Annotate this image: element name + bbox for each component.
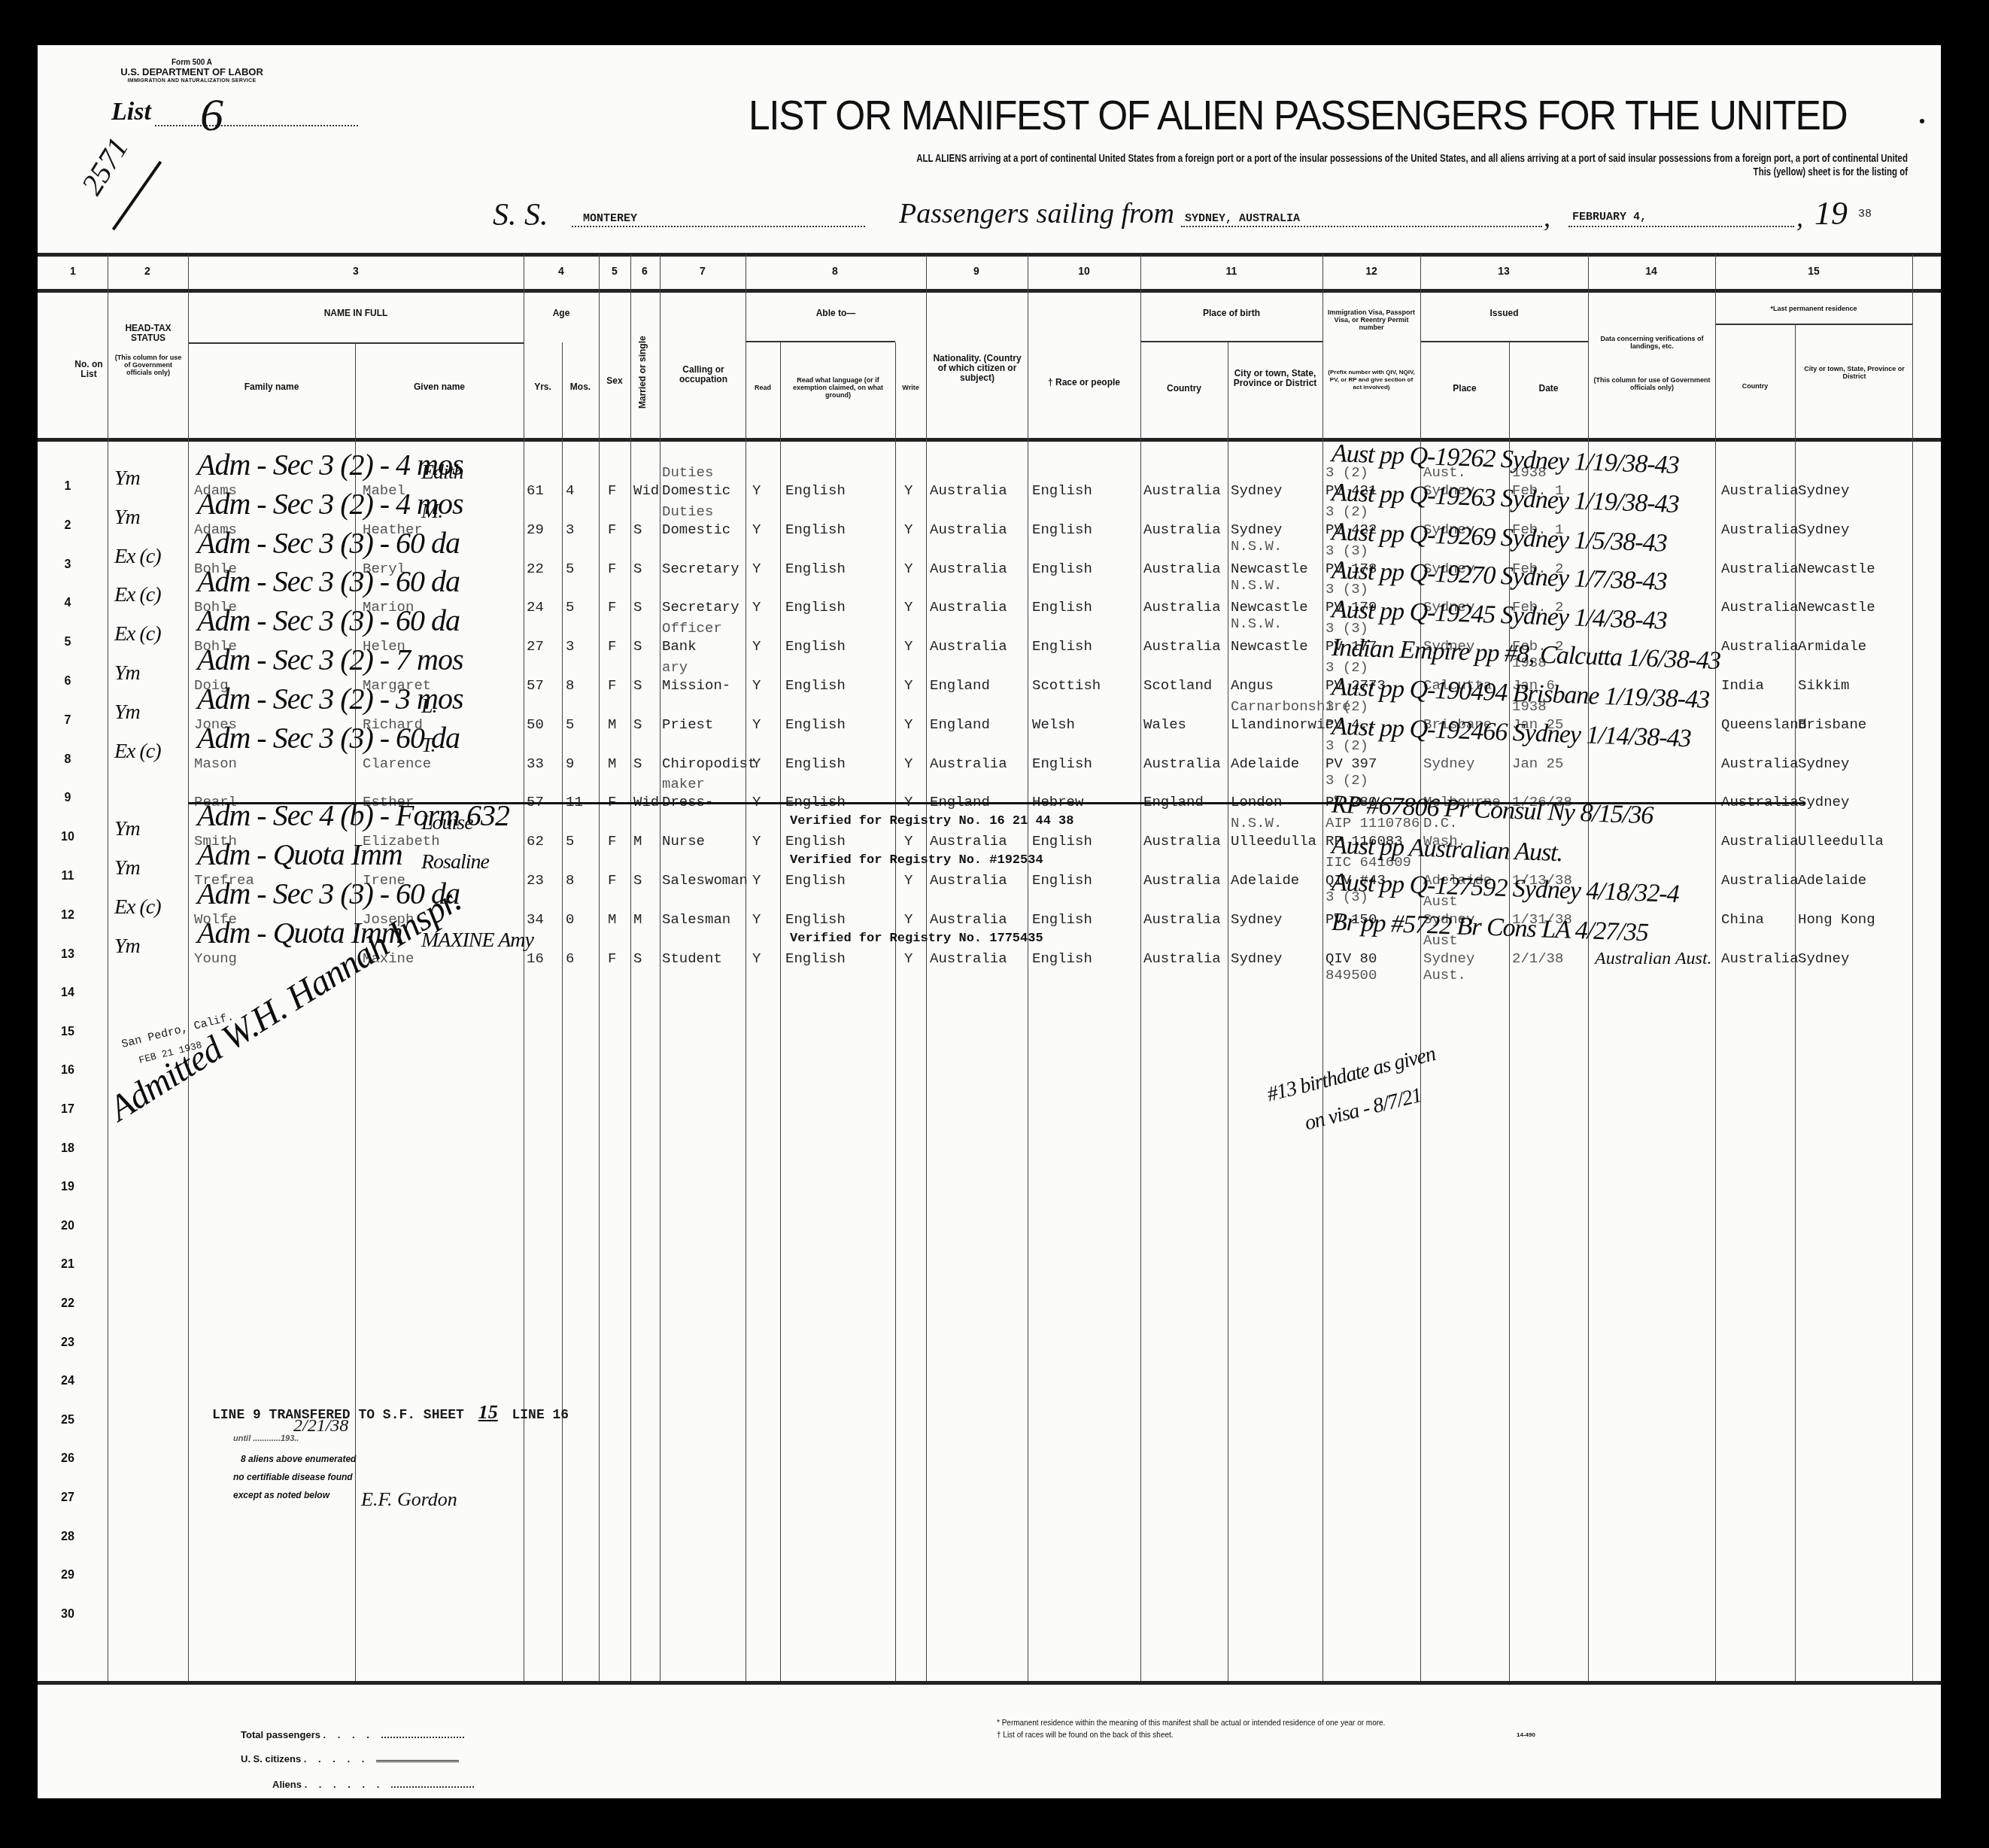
age-months: 8 <box>566 678 574 693</box>
head-tax-status: Ex (c) <box>114 622 161 646</box>
medical-line3: except as noted below <box>233 1490 329 1500</box>
row-number: 13 <box>45 948 90 962</box>
marital-status: S <box>633 600 642 615</box>
col-rule <box>745 254 746 1681</box>
age-years: 62 <box>527 834 544 849</box>
registry-verification-note: Verified for Registry No. #192534 <box>790 853 1043 868</box>
row-number: 23 <box>45 1336 90 1350</box>
marital-status: Wid <box>633 483 659 498</box>
age-months: 5 <box>566 834 574 849</box>
sex: F <box>608 678 616 693</box>
read-language: English <box>785 912 846 927</box>
table-top-rule <box>38 253 1941 257</box>
sex: F <box>608 561 616 576</box>
row-number: 14 <box>45 986 90 1000</box>
head-tax-status: Ex (c) <box>114 740 161 764</box>
row-number: 16 <box>45 1064 90 1077</box>
visa-number: QIV 80 <box>1325 951 1377 966</box>
col-rule <box>1322 254 1323 1681</box>
header-last-residence: *Last permanent residence <box>1715 305 1912 312</box>
ship-line: S. S. <box>493 197 548 233</box>
read-language: English <box>785 717 846 732</box>
residence-country: Australia <box>1721 600 1799 615</box>
header-issued: Issued <box>1420 309 1588 318</box>
service-name: IMMIGRATION AND NATURALIZATION SERVICE <box>98 77 286 86</box>
comma: , <box>1544 202 1550 233</box>
read-language: English <box>785 483 846 498</box>
admission-annotation: Adm - Sec 3 (3) - 60 da <box>197 525 460 561</box>
can-write: Y <box>904 678 913 693</box>
can-write: Y <box>904 483 913 498</box>
col-rule <box>660 254 660 1681</box>
col-number: 3 <box>353 265 359 277</box>
given-name: Clarence <box>363 756 431 771</box>
age-years: 23 <box>527 873 544 888</box>
given-name-correction: Rosaline <box>421 850 489 874</box>
punch-hole <box>1972 662 1989 692</box>
name-subrule <box>188 342 524 344</box>
row-number: 5 <box>45 636 90 649</box>
header-no-on-list: No. on List <box>71 360 106 379</box>
list-label: List <box>111 98 151 126</box>
nationality: Australia <box>930 483 1007 498</box>
header-mos: Mos. <box>562 382 599 392</box>
family-name: Young <box>194 951 237 966</box>
header-write: Write <box>895 384 926 391</box>
sailing-date: FEBRUARY 4, <box>1572 211 1647 223</box>
admission-annotation: Adm - Sec 3 (3) - 60 da <box>197 720 460 755</box>
age-years: 16 <box>527 951 544 966</box>
issued-place-line2: Aust. <box>1423 968 1466 983</box>
marital-status: S <box>633 639 642 654</box>
row-number: 18 <box>45 1142 90 1156</box>
issued-date: 2/1/38 <box>1512 951 1563 966</box>
header-number-rule <box>38 289 1941 293</box>
issued-date: Jan 25 <box>1512 756 1563 771</box>
col-number: 7 <box>700 265 706 277</box>
row-number: 27 <box>45 1491 90 1505</box>
col-rule <box>108 254 108 1681</box>
age-years: 29 <box>527 522 544 537</box>
col-rule <box>599 254 600 1681</box>
head-tax-status: Ex (c) <box>114 583 161 607</box>
document-title: LIST OR MANIFEST OF ALIEN PASSENGERS FOR… <box>749 90 1847 139</box>
residence-city: Sydney <box>1798 951 1849 966</box>
header-family-name: Family name <box>188 382 355 392</box>
sex: F <box>608 639 616 654</box>
can-write: Y <box>904 522 913 537</box>
age-months: 8 <box>566 873 574 888</box>
occupation-line1: ary <box>662 660 688 675</box>
subtitle-line2: This (yellow) sheet is for the listing o… <box>1476 166 1908 178</box>
occupation-line1: Officer <box>662 621 722 636</box>
age-months: 5 <box>566 717 574 732</box>
age-years: 61 <box>527 483 544 498</box>
birth-country: Australia <box>1143 600 1221 615</box>
list-number: 6 <box>200 89 223 142</box>
race: English <box>1032 834 1092 849</box>
race: Scottish <box>1032 678 1101 693</box>
header-bottom-rule <box>38 438 1941 442</box>
footer-total-passengers: Total passengers . . . . <box>241 1729 464 1740</box>
row-number: 7 <box>45 714 90 728</box>
birth-city: Sydney <box>1231 912 1282 927</box>
sailing-date-field <box>1568 226 1794 227</box>
header-issued-place: Place <box>1420 384 1509 394</box>
can-read: Y <box>752 834 761 849</box>
can-read: Y <box>752 561 761 576</box>
issued-place: Sydney <box>1423 756 1474 771</box>
birth-city: Ulleedulla <box>1231 834 1316 849</box>
age-years: 33 <box>527 756 544 771</box>
row-number: 19 <box>45 1181 90 1194</box>
header-read: Read <box>745 384 780 391</box>
col-number: 10 <box>1078 265 1090 277</box>
head-tax-status: Ex (c) <box>114 545 161 569</box>
header-verification: Data concerning verifications of landing… <box>1593 335 1711 350</box>
occupation: Domestic <box>662 522 730 537</box>
subtitle-line1: ALL ALIENS arriving at a port of contine… <box>612 152 1908 164</box>
can-read: Y <box>752 522 761 537</box>
can-write: Y <box>904 561 913 576</box>
col-number: 12 <box>1365 265 1377 277</box>
row-number: 22 <box>45 1297 90 1311</box>
row-number: 24 <box>45 1375 90 1388</box>
issued-place: Sydney <box>1423 951 1474 966</box>
can-read: Y <box>752 951 761 966</box>
marital-status: S <box>633 561 642 576</box>
occupation: Secretary <box>662 561 739 576</box>
admission-annotation: Adm - Sec 3 (2) - 3 mos <box>197 681 463 716</box>
header-pob-city: City or town, State, Province or Distric… <box>1231 369 1319 388</box>
nationality: Australia <box>930 912 1007 927</box>
col-number: 8 <box>832 265 838 277</box>
header-age: Age <box>524 309 599 318</box>
col-rule <box>562 342 563 1681</box>
birth-city-line2: N.S.W. <box>1231 539 1282 554</box>
ship-name: MONTEREY <box>583 212 637 225</box>
sex: F <box>608 951 616 966</box>
marital-status: S <box>633 717 642 732</box>
header-nationality: Nationality. (Country of which citizen o… <box>930 354 1025 383</box>
can-read: Y <box>752 873 761 888</box>
can-read: Y <box>752 717 761 732</box>
col-number: 13 <box>1498 265 1510 277</box>
row-number: 20 <box>45 1220 90 1233</box>
department-name: U.S. DEPARTMENT OF LABOR <box>98 68 286 77</box>
nationality: Australia <box>930 951 1007 966</box>
col-number: 14 <box>1645 265 1657 277</box>
registry-verification-note: Verified for Registry No. 16 21 44 38 <box>790 814 1073 829</box>
sailing-label: Passengers sailing from <box>899 197 1174 230</box>
admission-annotation: Adm - Quota Imm <box>197 837 402 872</box>
header-pob-country: Country <box>1140 384 1228 394</box>
header-head-tax: HEAD-TAX STATUS <box>111 324 185 343</box>
occupation-line1: Duties <box>662 504 713 519</box>
row-number: 1 <box>45 480 90 494</box>
can-read: Y <box>752 756 761 771</box>
sex: M <box>608 912 616 927</box>
row-number: 11 <box>45 870 90 883</box>
can-read: Y <box>752 912 761 927</box>
residence-country: Australia <box>1721 561 1799 576</box>
age-months: 5 <box>566 561 574 576</box>
can-read: Y <box>752 600 761 615</box>
occupation: Nurse <box>662 834 705 849</box>
can-read: Y <box>752 678 761 693</box>
sex: F <box>608 522 616 537</box>
col-number: 2 <box>144 265 150 277</box>
nationality: Australia <box>930 834 1007 849</box>
read-language: English <box>785 639 846 654</box>
col-rule <box>1028 254 1028 1681</box>
residence-city: Ulleedulla <box>1798 834 1884 849</box>
occupation-line1: maker <box>662 777 705 792</box>
header-visa: Immigration Visa, Passport Visa, or Reen… <box>1325 309 1417 331</box>
row-number: 10 <box>45 831 90 844</box>
occupation: Bank <box>662 639 697 654</box>
can-read: Y <box>752 639 761 654</box>
header-place-of-birth: Place of birth <box>1140 309 1322 318</box>
residence-city: Newcastle <box>1798 561 1875 576</box>
birth-country: Scotland <box>1143 678 1212 693</box>
race: Welsh <box>1032 717 1075 732</box>
marital-status: S <box>633 951 642 966</box>
age-months: 3 <box>566 639 574 654</box>
nationality: Australia <box>930 561 1007 576</box>
medical-signature: E.F. Gordon <box>361 1488 457 1511</box>
age-years: 24 <box>527 600 544 615</box>
age-years: 27 <box>527 639 544 654</box>
nationality: England <box>930 717 990 732</box>
admission-annotation: Adm - Sec 3 (2) - 4 mos <box>197 486 463 521</box>
nationality: Australia <box>930 639 1007 654</box>
sex: F <box>608 873 616 888</box>
age-years: 50 <box>527 717 544 732</box>
header-calling: Calling or occupation <box>670 365 737 384</box>
col-rule <box>1912 254 1913 1681</box>
header-given-name: Given name <box>355 382 524 392</box>
occupation: Chiropodist <box>662 756 756 771</box>
row-number: 15 <box>45 1026 90 1039</box>
occupation-line1: Duties <box>662 465 713 480</box>
manifest-page: Form 500 A U.S. DEPARTMENT OF LABOR IMMI… <box>0 0 1989 1848</box>
col-rule <box>524 254 524 1681</box>
residence-country: Australia <box>1721 483 1799 498</box>
residence-city: Newcastle <box>1798 600 1875 615</box>
age-months: 9 <box>566 756 574 771</box>
can-write: Y <box>904 756 913 771</box>
total-passengers-label: Total passengers <box>241 1729 320 1740</box>
sailing-port-field <box>1181 226 1542 227</box>
residence-country: China <box>1721 912 1764 927</box>
col-number: 9 <box>973 265 979 277</box>
header-res-country: Country <box>1715 382 1795 390</box>
visa-line2: 849500 <box>1325 968 1377 983</box>
head-tax-status: Ym <box>114 506 140 530</box>
birth-country: Australia <box>1143 756 1221 771</box>
race: English <box>1032 951 1092 966</box>
nationality: England <box>930 678 990 693</box>
list-field: List 6 <box>111 98 367 131</box>
row-number: 29 <box>45 1569 90 1582</box>
col-number: 1 <box>70 265 76 277</box>
punch-hole <box>1972 1189 1989 1219</box>
birth-country: Wales <box>1143 717 1186 732</box>
birth-city: Adelaide <box>1231 873 1299 888</box>
residence-city: Sydney <box>1798 483 1849 498</box>
marital-status: S <box>633 873 642 888</box>
medical-line2: no certifiable disease found <box>233 1472 353 1482</box>
race: English <box>1032 522 1092 537</box>
header-name-in-full: NAME IN FULL <box>188 309 524 318</box>
row-number: 21 <box>45 1258 90 1272</box>
birth-country: Australia <box>1143 873 1221 888</box>
footer-aliens: Aliens . . . . . . <box>272 1779 474 1790</box>
header-res-city: City or town, State, Province or Distric… <box>1798 365 1911 380</box>
head-tax-status: Ex (c) <box>114 895 161 919</box>
footer-us-citizens: U. S. citizens . . . . . <box>241 1753 459 1764</box>
head-tax-status: Ym <box>114 701 140 725</box>
admission-annotation: Adm - Sec 3 (3) - 60 da <box>197 564 460 599</box>
birth-city-line0: N.S.W. <box>1231 816 1282 831</box>
registry-verification-note: Verified for Registry No. 1775435 <box>790 932 1043 947</box>
occupation: Student <box>662 951 722 966</box>
can-read: Y <box>752 483 761 498</box>
residence-city: Brisbane <box>1798 717 1866 732</box>
residence-city: Sydney <box>1798 795 1849 810</box>
admission-annotation: Adm - Sec 3 (2) - 7 mos <box>197 642 463 677</box>
race: English <box>1032 639 1092 654</box>
residence-city: Sikkim <box>1798 678 1849 693</box>
row-number: 25 <box>45 1414 90 1427</box>
birth-city: Angus <box>1231 678 1274 693</box>
residence-city: Adelaide <box>1798 873 1866 888</box>
marital-status: S <box>633 756 642 771</box>
birth-country: Australia <box>1143 522 1221 537</box>
race: English <box>1032 912 1092 927</box>
col-rule <box>926 254 927 1681</box>
row-number: 2 <box>45 519 90 533</box>
header-head-tax-note: (This column for use of Government offic… <box>113 354 184 376</box>
age-months: 5 <box>566 600 574 615</box>
row-number: 30 <box>45 1608 90 1622</box>
residence-city: Sydney <box>1798 522 1849 537</box>
occupation: Secretary <box>662 600 739 615</box>
col-number: 5 <box>612 265 618 277</box>
birth-city: Sydney <box>1231 483 1282 498</box>
header-sex: Sex <box>599 376 630 386</box>
comma: , <box>1796 202 1803 233</box>
header-able-to: Able to— <box>745 309 926 318</box>
header-visa-note: (Prefix number with QIV, NQIV, PV, or RP… <box>1325 369 1417 391</box>
marital-status: M <box>633 912 642 927</box>
row-number: 8 <box>45 753 90 767</box>
residence-country: Australia <box>1721 639 1799 654</box>
occupation: Salesman <box>662 912 730 927</box>
sex: M <box>608 756 616 771</box>
col-number: 6 <box>642 265 648 277</box>
head-tax-status: Ym <box>114 661 140 685</box>
marital-status: S <box>633 522 642 537</box>
family-name: Mason <box>194 756 237 771</box>
row-number: 12 <box>45 909 90 922</box>
birth-city: Newcastle <box>1231 639 1308 654</box>
race: English <box>1032 600 1092 615</box>
col-rule <box>780 342 781 1681</box>
visa-line2: 3 (2) <box>1325 773 1368 788</box>
head-tax-status: Ym <box>114 467 140 491</box>
read-language: English <box>785 600 846 615</box>
header-verification-note: (This column for use of Government offic… <box>1593 376 1711 391</box>
birth-country: Australia <box>1143 483 1221 498</box>
residence-city: Hong Kong <box>1798 912 1875 927</box>
race: English <box>1032 483 1092 498</box>
row-number: 9 <box>45 792 90 805</box>
row-number: 26 <box>45 1452 90 1466</box>
can-write: Y <box>904 717 913 732</box>
sex: F <box>608 834 616 849</box>
head-tax-status: Ym <box>114 817 140 841</box>
race: English <box>1032 561 1092 576</box>
birth-country: Australia <box>1143 834 1221 849</box>
medical-certification: 2/21/38 until ............193.. 8 aliens… <box>218 1407 489 1527</box>
residence-country: Australia <box>1721 522 1799 537</box>
able-subrule <box>745 341 895 342</box>
year-suffix: 38 <box>1858 208 1872 220</box>
age-years: 57 <box>527 678 544 693</box>
residence-country: Australia <box>1721 951 1799 966</box>
can-write: Y <box>904 600 913 615</box>
us-citizens-field <box>376 1760 459 1762</box>
admission-annotation: Adm - Sec 3 (3) - 60 da <box>197 603 460 638</box>
read-language: English <box>785 951 846 966</box>
read-language: English <box>785 756 846 771</box>
sex: M <box>608 717 616 732</box>
age-months: 3 <box>566 522 574 537</box>
birth-city: Newcastle <box>1231 600 1308 615</box>
col-rule <box>1140 254 1141 1681</box>
race: English <box>1032 873 1092 888</box>
col-rule <box>1715 254 1716 1681</box>
marital-status: M <box>633 834 642 849</box>
occupation: Priest <box>662 717 713 732</box>
col-rule <box>1228 342 1228 1681</box>
read-language: English <box>785 678 846 693</box>
issued-subrule <box>1420 341 1588 342</box>
birth-city: Newcastle <box>1231 561 1308 576</box>
header-read-language: Read what language (or if exemption clai… <box>782 376 894 399</box>
form-identity: Form 500 A U.S. DEPARTMENT OF LABOR IMMI… <box>98 59 286 86</box>
table-bottom-rule <box>38 1681 1941 1685</box>
us-citizens-label: U. S. citizens <box>241 1753 301 1764</box>
punch-hole <box>1972 226 1989 256</box>
nationality: Australia <box>930 522 1007 537</box>
can-write: Y <box>904 834 913 849</box>
medical-line0: until ............193.. <box>233 1434 299 1443</box>
read-language: English <box>785 873 846 888</box>
occupation: Domestic <box>662 483 730 498</box>
row-number: 6 <box>45 675 90 688</box>
birth-city: Llandinorwic <box>1231 717 1334 732</box>
birth-country: Australia <box>1143 639 1221 654</box>
birth-country: Australia <box>1143 951 1221 966</box>
birth-city: Adelaide <box>1231 756 1299 771</box>
residence-country: Australia <box>1721 834 1799 849</box>
head-tax-status: Ym <box>114 856 140 880</box>
sex: F <box>608 600 616 615</box>
head-tax-status: Ym <box>114 935 140 959</box>
